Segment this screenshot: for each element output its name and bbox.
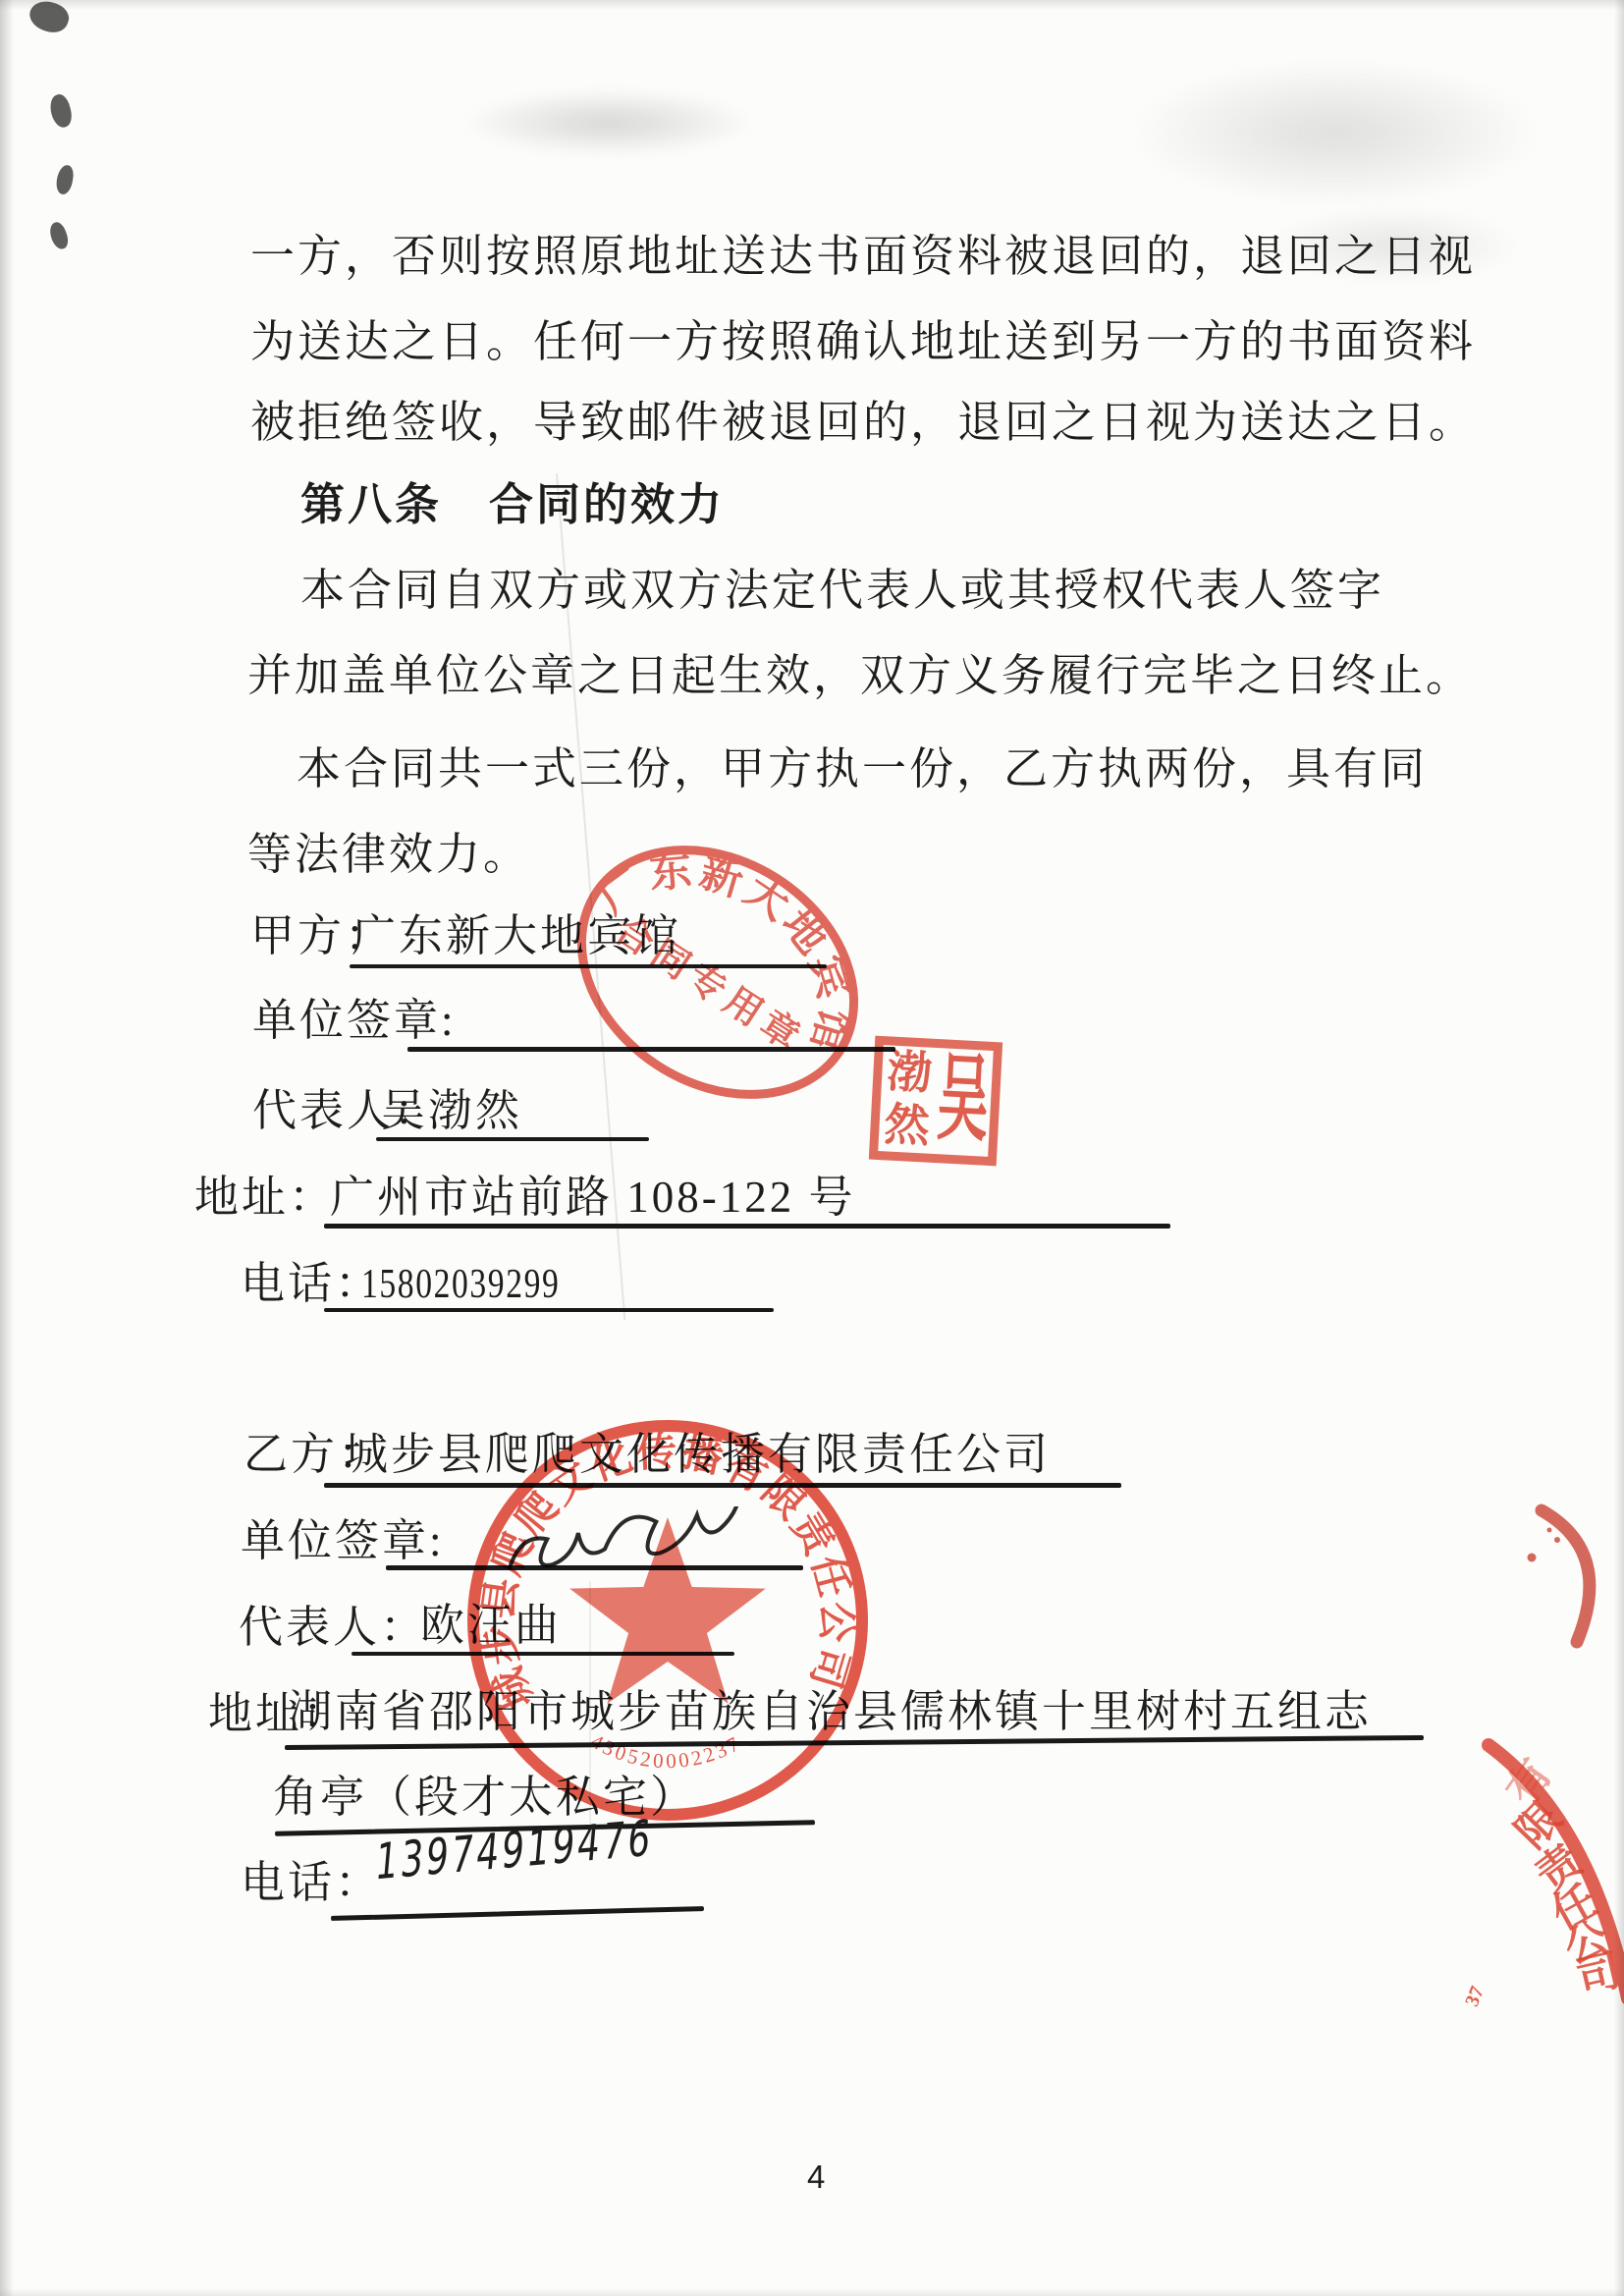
party-a-address: 广州市站前路 108-122 号 — [330, 1173, 856, 1224]
body-line: 被拒绝签收，导致邮件被退回的，退回之日视为送达之日。 — [250, 398, 1476, 449]
party-b-sign-label: 单位签章: — [241, 1516, 445, 1567]
seal-right-column: 吴 — [933, 1048, 994, 1157]
underline — [331, 1906, 704, 1921]
ghost-smudge — [1129, 59, 1542, 206]
party-a-phone: 15802039299 — [361, 1261, 560, 1308]
party-a-sign-label: 单位签章: — [252, 996, 457, 1047]
body-line: 本合同自双方或双方法定代表人或其授权代表人签字 — [300, 566, 1384, 617]
ink-mark — [55, 164, 76, 195]
party-a-personal-seal: 吴 渤 然 — [869, 1036, 1002, 1167]
party-b-company-stamp: 城步县爬爬文化传播有限责任公司 430520002237 — [432, 1419, 903, 1851]
seal-char: 然 — [883, 1098, 931, 1153]
party-a-rep-name: 吴渤然 — [381, 1086, 522, 1137]
page-number: 4 — [807, 2159, 825, 2196]
ink-mark — [47, 92, 75, 130]
left-edge-shadow — [0, 0, 14, 2296]
underline — [324, 1224, 1170, 1229]
party-a-addr-label: 地址： — [194, 1173, 336, 1224]
seal-char: 吴 — [935, 1054, 991, 1151]
star-icon — [569, 1517, 766, 1704]
article-heading: 第八条 合同的效力 — [300, 480, 725, 531]
ink-dot — [1547, 1528, 1552, 1533]
stamp-char: 司 — [1573, 1949, 1624, 2001]
red-crescent-ink-mark — [1524, 1501, 1624, 1650]
ghost-smudge — [461, 88, 756, 157]
party-b-phone-label: 电话： — [241, 1858, 382, 1909]
bottom-edge-shadow — [0, 2288, 1624, 2296]
stamp-code-text: 430520002237 — [587, 1729, 746, 1773]
scanned-contract-page: 一方，否则按照原地址送达书面资料被退回的，退回之日视 为送达之日。任何一方按照确… — [0, 0, 1624, 2296]
party-a-company-stamp: 广东新大地宾馆 合同专用章 — [545, 813, 898, 1147]
seal-char: 渤 — [886, 1045, 934, 1100]
underline — [324, 1308, 774, 1312]
ink-mark — [47, 220, 72, 251]
edge-partial-stamp: 有 限 责 任 公 司 37 — [1453, 1704, 1624, 2136]
seal-left-column: 渤 然 — [878, 1045, 939, 1154]
top-edge-shadow — [0, 0, 1624, 10]
body-line: 为送达之日。任何一方按照确认地址送到另一方的书面资料 — [250, 317, 1476, 368]
ink-mark — [26, 0, 73, 37]
party-b-rep-label: 代表人： — [239, 1603, 427, 1654]
ink-dot — [1528, 1554, 1537, 1562]
body-line: 本合同共一式三份，甲方执一份，乙方执两份，具有同 — [297, 744, 1428, 795]
body-line: 等法律效力。 — [247, 830, 530, 881]
body-line: 并加盖单位公章之日起生效，双方义务履行完毕之日终止。 — [247, 651, 1473, 702]
body-line: 一方，否则按照原地址送达书面资料被退回的，退回之日视 — [250, 232, 1476, 283]
ink-dot — [1554, 1537, 1560, 1543]
